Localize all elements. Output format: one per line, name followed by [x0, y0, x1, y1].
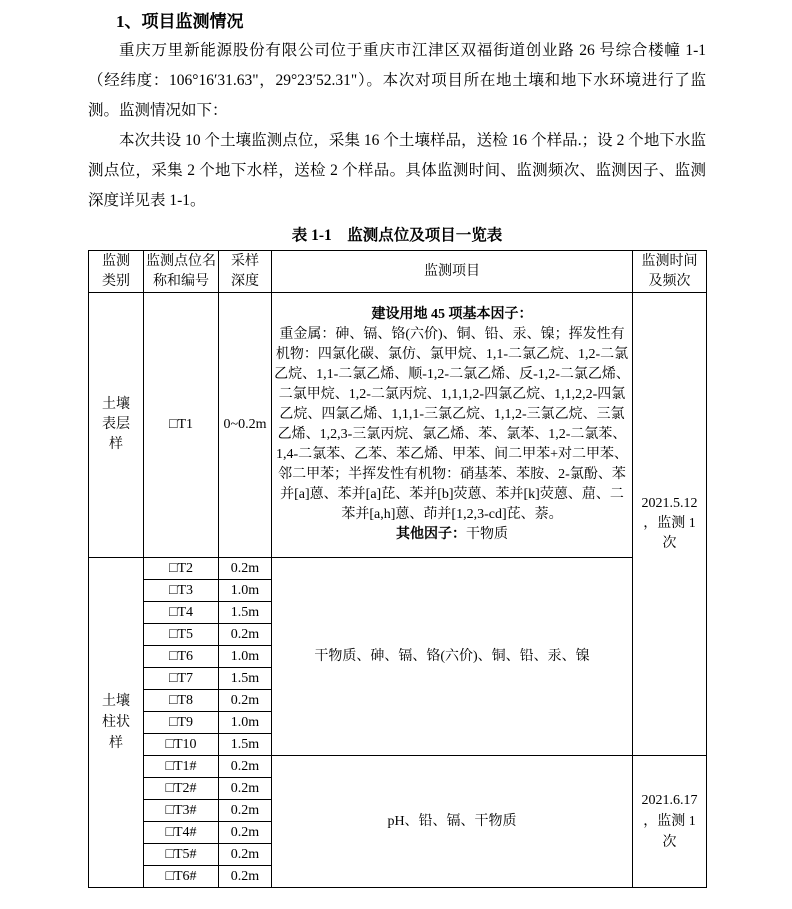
point-cell: □T1# [144, 756, 219, 778]
point-cell: □T5 [144, 624, 219, 646]
items-other-label: 其他因子： [396, 527, 466, 542]
point-cell: □T1 [144, 293, 219, 558]
header-monitor-items: 监测项目 [272, 251, 633, 293]
items-hash-factors: pH、铅、镉、干物质 [272, 756, 633, 888]
depth-cell: 0.2m [219, 558, 272, 580]
time-second-cell: 2021.6.17 ，监测 1 次 [633, 756, 707, 888]
table-row: □T1# 0.2m pH、铅、镉、干物质 2021.6.17 ，监测 1 次 [89, 756, 707, 778]
header-point-name: 监测点位名 称和编号 [144, 251, 219, 293]
point-cell: □T2# [144, 778, 219, 800]
table-caption: 表 1-1 监测点位及项目一览表 [88, 225, 706, 247]
items-45-body: 重金属：砷、镉、铬(六价)、铜、铅、汞、镍；挥发性有机物：四氯化碳、氯仿、氯甲烷… [274, 327, 630, 522]
depth-cell: 1.0m [219, 646, 272, 668]
monitoring-table: 监测 类别 监测点位名 称和编号 采样 深度 监测项目 监测时间 及频次 土壤 … [88, 250, 707, 888]
depth-cell: 0.2m [219, 800, 272, 822]
depth-cell: 1.5m [219, 734, 272, 756]
point-cell: □T9 [144, 712, 219, 734]
point-cell: □T4# [144, 822, 219, 844]
depth-cell: 0.2m [219, 624, 272, 646]
table-header-row: 监测 类别 监测点位名 称和编号 采样 深度 监测项目 监测时间 及频次 [89, 251, 707, 293]
point-cell: □T3# [144, 800, 219, 822]
table-row: 土壤 表层 样 □T1 0~0.2m 建设用地 45 项基本因子： 重金属：砷、… [89, 293, 707, 558]
depth-cell: 0.2m [219, 756, 272, 778]
category-soil-surface: 土壤 表层 样 [89, 293, 144, 558]
depth-cell: 0.2m [219, 778, 272, 800]
depth-cell: 0.2m [219, 690, 272, 712]
items-45-title: 建设用地 45 项基本因子： [372, 307, 533, 322]
header-sample-depth: 采样 深度 [219, 251, 272, 293]
document-page: { "doc": { "heading": "1、项目监测情况", "para1… [0, 0, 792, 909]
point-cell: □T4 [144, 602, 219, 624]
depth-cell: 1.5m [219, 602, 272, 624]
items-other-value: 干物质 [466, 527, 508, 542]
depth-cell: 1.0m [219, 580, 272, 602]
point-cell: □T2 [144, 558, 219, 580]
category-soil-column: 土壤 柱状 样 [89, 558, 144, 888]
time-first-cell: 2021.5.12 ，监测 1 次 [633, 293, 707, 756]
items-mid-factors: 干物质、砷、镉、铬(六价)、铜、铅、汞、镍 [272, 558, 633, 756]
depth-cell: 1.5m [219, 668, 272, 690]
point-cell: □T7 [144, 668, 219, 690]
point-cell: □T3 [144, 580, 219, 602]
document-body: 1、项目监测情况 重庆万里新能源股份有限公司位于重庆市江津区双福街道创业路 26… [88, 6, 706, 247]
depth-cell: 0.2m [219, 866, 272, 888]
paragraph-monitoring-summary: 本次共设 10 个土壤监测点位，采集 16 个土壤样品，送检 16 个样品.；设… [88, 126, 706, 216]
items-45-factors: 建设用地 45 项基本因子： 重金属：砷、镉、铬(六价)、铜、铅、汞、镍；挥发性… [272, 293, 633, 558]
depth-cell: 0.2m [219, 844, 272, 866]
paragraph-company-location: 重庆万里新能源股份有限公司位于重庆市江津区双福街道创业路 26 号综合楼幢 1-… [88, 36, 706, 126]
point-cell: □T8 [144, 690, 219, 712]
depth-cell: 0.2m [219, 822, 272, 844]
header-monitor-time: 监测时间 及频次 [633, 251, 707, 293]
section-heading: 1、项目监测情况 [116, 10, 706, 34]
point-cell: □T6 [144, 646, 219, 668]
point-cell: □T5# [144, 844, 219, 866]
table-row: 土壤 柱状 样 □T2 0.2m 干物质、砷、镉、铬(六价)、铜、铅、汞、镍 [89, 558, 707, 580]
header-monitor-category: 监测 类别 [89, 251, 144, 293]
point-cell: □T10 [144, 734, 219, 756]
depth-cell: 0~0.2m [219, 293, 272, 558]
depth-cell: 1.0m [219, 712, 272, 734]
point-cell: □T6# [144, 866, 219, 888]
